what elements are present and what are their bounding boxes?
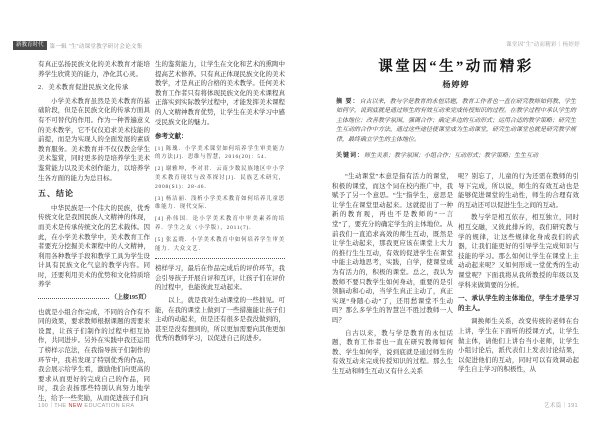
keywords-block: 关键词：师生关系；教学氛围；小组合作；互动形式；教学策略；生生互动 <box>336 152 576 161</box>
right-page-footer: 艺术篇｜191 <box>544 401 578 409</box>
abstract-text: 自古以来，教与学是教育的永恒话题，教育工作者也一直在研究教师如何教、学生如何学，… <box>336 99 576 143</box>
series-title: 第一辑 “生”动课堂教学研讨会论文集 <box>50 42 143 50</box>
left-page: 新教育时代 第一辑 “生”动课堂教学研讨会论文集 有真正弘扬民族文化的美术教育才… <box>0 0 300 439</box>
conclusion-heading: 五、结论 <box>38 189 150 199</box>
paragraph: 教与学是相互依存，相互独立，同时相互交融，又彼此排斥的，我们研究教与学的规律，让… <box>458 213 579 290</box>
section-name: 艺术篇 <box>544 403 562 409</box>
continued-from-separator: （上接195页） <box>38 294 150 304</box>
paragraph: 也就是小组合作完成，不同的合作有不同的效果，要求教师根据课题的需要来设置，让孩子… <box>38 308 150 404</box>
section-heading: 一、承认学生的主体地位，学生才是学习的主人。 <box>458 294 579 313</box>
section-heading: 2．美术教育促进民族文化传承 <box>38 83 150 93</box>
journal-spread: { "left_page": { "header": { "badge": "新… <box>0 0 600 439</box>
paragraph: 呢？别忘了，儿童的行为还需在教师的引导下完成，所以说，师生的有效互动也是能够促进… <box>458 172 579 210</box>
paragraph: 生的鉴赏能力，让学生在文化和艺术的熏陶中提高艺术修养。只有真正体现民族文化的美术… <box>155 60 285 127</box>
keywords-text: 师生关系；教学氛围；小组合作；互动形式；教学策略；生生互动 <box>364 153 538 159</box>
journal-brand: THE <box>54 403 68 409</box>
right-running-header: 课堂因“生”动而精彩｜杨婷婷 <box>506 40 580 48</box>
abstract-block: 摘 要：自古以来，教与学是教育的永恒话题，教育工作者也一直在研究教师如何教、学生… <box>336 98 576 145</box>
paragraph: 小学美术教育虽然是美术教育的基础阶段，但是在民族文化的传承方面具有不可替代的作用… <box>38 97 150 183</box>
reference-item: [1] 陈瑰．小学美术课堂如何培养学生审美能力的方法[J]．思维与智慧，2016… <box>155 145 285 162</box>
page-number: 191 <box>568 403 578 409</box>
keywords-label: 关键词： <box>336 153 364 159</box>
reference-item: [4] 孙伟国．论小学美术教育中审美素养的培养．学生之友（小学版），2011(7… <box>155 215 285 232</box>
reference-item: [3] 杨洁丽．浅析小学美术教育如何培养儿童思维能力．现代交际． <box>155 195 285 212</box>
paragraph: “生动课堂”本意是指有活力的课堂，积极的课堂，而这个词在校内推广中，我赋予了另一… <box>332 172 453 326</box>
article-author: 杨婷婷 <box>332 79 580 90</box>
right-page-column-1: “生动课堂”本意是指有活力的课堂，积极的课堂，而这个词在校内推广中，我赋予了另一… <box>332 172 453 402</box>
right-page: 课堂因“生”动而精彩｜杨婷婷 课堂因“生”动而精彩 杨婷婷 摘 要：自古以来，教… <box>300 0 600 439</box>
paragraph: 调换师生关系，改变传统的老师在台上讲，学生在下面听的授课方式，让学生做主体，请他… <box>458 317 579 375</box>
dotted-leader <box>38 298 109 299</box>
article-title: 课堂因“生”动而精彩 <box>332 55 580 76</box>
left-page-column-2: 生的鉴赏能力，让学生在文化和艺术的熏陶中提高艺术修养。只有真正体现民族文化的美术… <box>155 60 285 410</box>
paragraph: 有真正弘扬民族文化的美术教育才能培养学生欣赏美的能力，净化其心灵。 <box>38 60 150 79</box>
journal-brand-accent: NEW <box>68 403 82 409</box>
paragraph: 自古以来，教与学是教育的永恒话题，教育工作者也一直在研究教师如何教、学生如何学，… <box>332 329 453 377</box>
reference-item: [5] 张孟晓．小学美术教育中如何培养学生审美能力．大众文艺． <box>155 236 285 253</box>
paragraph: 中华民族是一个伟大的民族，优秀传统文化是我国民族人文精神的体现，而美术是传承传统… <box>38 204 150 290</box>
paragraph: 榜样学习，最后在作品完成后的评价环节，我会引导孩子开展自评和互评，让孩子们在评价… <box>155 264 285 293</box>
continued-from-note: （上接195页） <box>109 294 150 304</box>
abstract-label: 摘 要： <box>336 99 360 105</box>
references-heading: 参考文献： <box>155 132 285 142</box>
paragraph: 以上，就是我对生动课堂的一些拙见。可能，在我的课堂上做到了一些措施能让孩子们主动… <box>155 296 285 344</box>
journal-brand-rest: EDUCATION ERA <box>82 403 134 409</box>
dotted-rule <box>155 258 285 259</box>
left-page-footer: 190｜THE NEW EDUCATION ERA <box>38 401 134 409</box>
left-running-header: 新教育时代 第一辑 “生”动课堂教学研讨会论文集 <box>13 40 143 51</box>
page-number: 190 <box>38 403 48 409</box>
reference-item: [2] 谢雅坤，李对君．云南少数民族地区中小学美术教育现状与改革探讨[J]．民族… <box>155 165 285 191</box>
right-page-column-2: 呢？别忘了，儿童的行为还需在教师的引导下完成，所以说，师生的有效互动也是能够促进… <box>458 172 579 402</box>
left-page-column-1: 有真正弘扬民族文化的美术教育才能培养学生欣赏美的能力，净化其心灵。 2．美术教育… <box>38 60 150 410</box>
series-badge: 新教育时代 <box>13 41 47 50</box>
